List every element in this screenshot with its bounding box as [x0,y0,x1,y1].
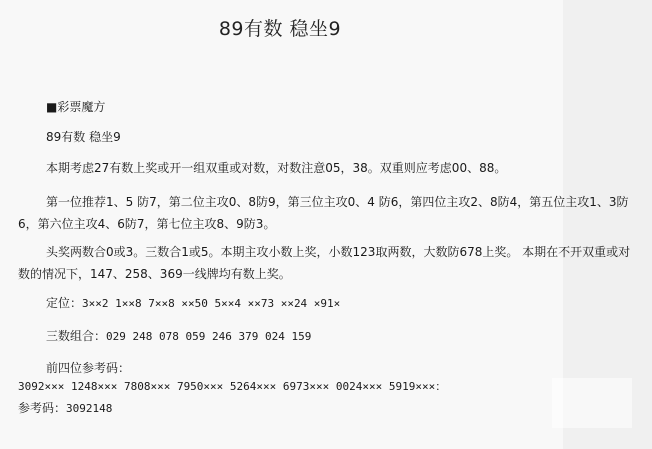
positioning-line: 定位：3××2 1××8 7××8 ××50 5××4 ××73 ××24 ×9… [46,294,340,313]
article: 89有数 稳坐9 ■彩票魔方 89有数 稳坐9 本期考虑27有数上奖或开一组双重… [0,0,652,449]
article-subtitle: 89有数 稳坐9 [46,128,121,146]
paragraph-positions: 第一位推荐1、5 防7，第二位主攻0、8防9，第三位主攻0、4 防6，第四位主攻… [18,191,636,235]
positioning-label: 定位： [46,296,82,310]
reference-code-label: 参考码： [18,401,66,415]
first-four-reference-value: 3092××× 1248××× 7808××× 7950××× 5264××× … [18,378,446,396]
first-four-reference-label: 前四位参考码： [46,359,130,377]
three-number-combo-line: 三数组合：029 248 078 059 246 379 024 159 [46,327,311,346]
three-number-combo-label: 三数组合： [46,329,106,343]
section-heading: ■彩票魔方 [46,98,105,116]
paragraph-jackpot: 头奖两数合0或3。三数合1或5。本期主攻小数上奖，小数123取两数，大数防678… [18,241,636,285]
three-number-combo-value: 029 248 078 059 246 379 024 159 [106,330,311,343]
positioning-value: 3××2 1××8 7××8 ××50 5××4 ××73 ××24 ×91× [82,297,340,310]
reference-code-line: 参考码：3092148 [18,399,112,418]
article-title: 89有数 稳坐9 [0,14,560,41]
paragraph-overview: 本期考虑27有数上奖或开一组双重或对数，对数注意05，38。双重则应考虑00、8… [18,157,636,179]
reference-code-value: 3092148 [66,402,112,415]
